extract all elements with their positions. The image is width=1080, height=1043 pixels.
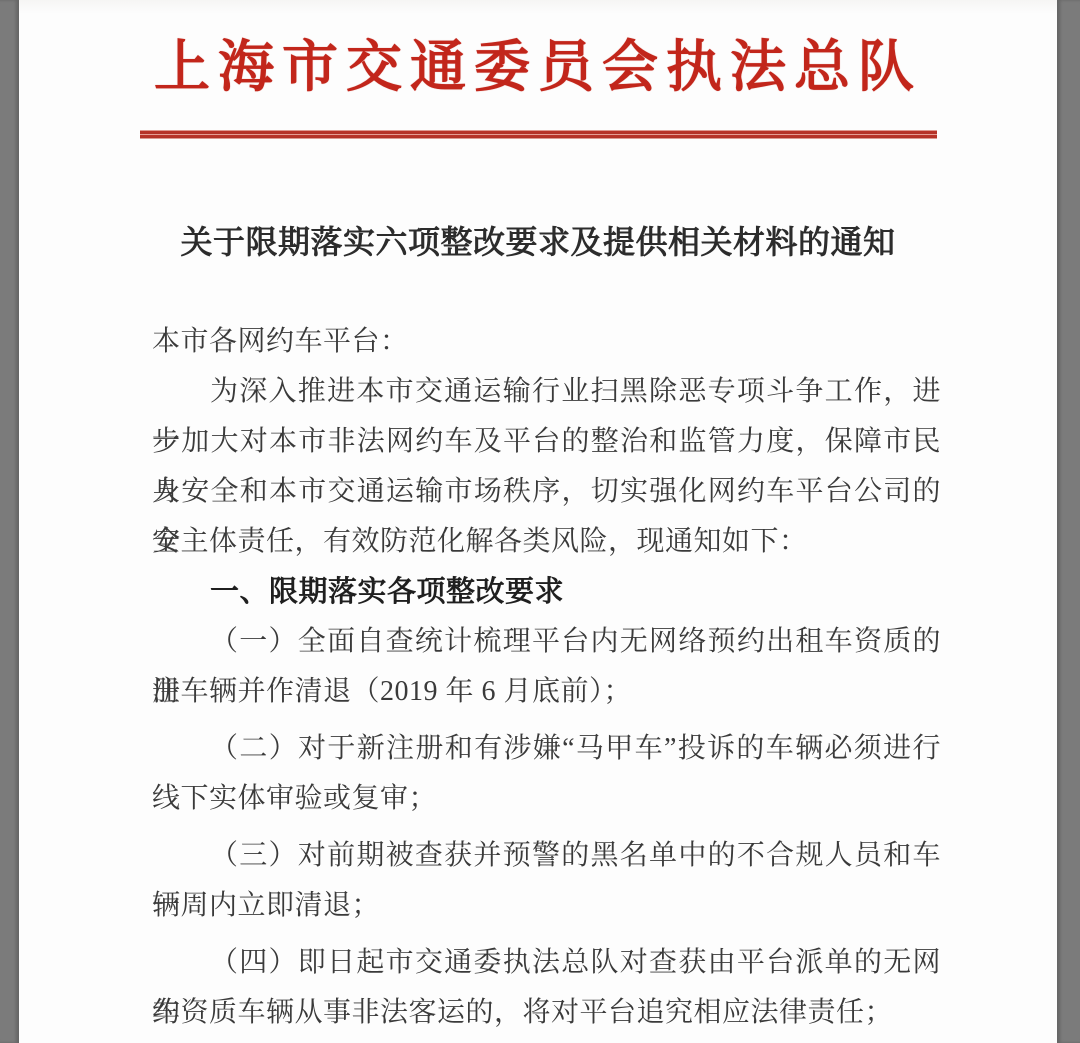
body-line: 本市各网约车平台： [152, 317, 941, 367]
body-line: 车资质车辆从事非法客运的，将对平台追究相应法律责任； [152, 988, 941, 1038]
body-line: 全主体责任，有效防范化解各类风险，现通知如下： [152, 517, 941, 567]
body-line: （三）对前期被查获并预警的黑名单中的不合规人员和车辆 [152, 831, 941, 881]
document-title: 关于限期落实六项整改要求及提供相关材料的通知 [19, 222, 1057, 262]
body-line: 一周内立即清退； [152, 881, 941, 931]
scanned-notice-screenshot: { "document": { "letterhead": "上海市交通委员会执… [0, 0, 1080, 1043]
body-line: （二）对于新注册和有涉嫌“马甲车”投诉的车辆必须进行 [152, 724, 941, 774]
red-double-rule [140, 130, 937, 139]
body-line: 为深入推进本市交通运输行业扫黑除恶专项斗争工作，进一 [152, 367, 941, 417]
document-body: 本市各网约车平台：为深入推进本市交通运输行业扫黑除恶专项斗争工作，进一步加大对本… [152, 317, 941, 1038]
body-line: 身安全和本市交通运输市场秩序，切实强化网约车平台公司的安 [152, 467, 941, 517]
body-line: （一）全面自查统计梳理平台内无网络预约出租车资质的注 [152, 617, 941, 667]
body-line: 线下实体审验或复审； [152, 774, 941, 824]
letterhead-title: 上海市交通委员会执法总队 [19, 40, 1057, 96]
body-line: （四）即日起市交通委执法总队对查获由平台派单的无网约 [152, 938, 941, 988]
document-page: 上海市交通委员会执法总队 关于限期落实六项整改要求及提供相关材料的通知 本市各网… [19, 0, 1057, 1043]
body-line: 一、限期落实各项整改要求 [152, 567, 941, 617]
body-line: 步加大对本市非法网约车及平台的整治和监管力度，保障市民人 [152, 417, 941, 467]
left-gutter-shadow [0, 0, 19, 1043]
body-line: 册车辆并作清退（2019 年 6 月底前）； [152, 667, 941, 717]
right-gutter-shadow [1057, 0, 1080, 1043]
